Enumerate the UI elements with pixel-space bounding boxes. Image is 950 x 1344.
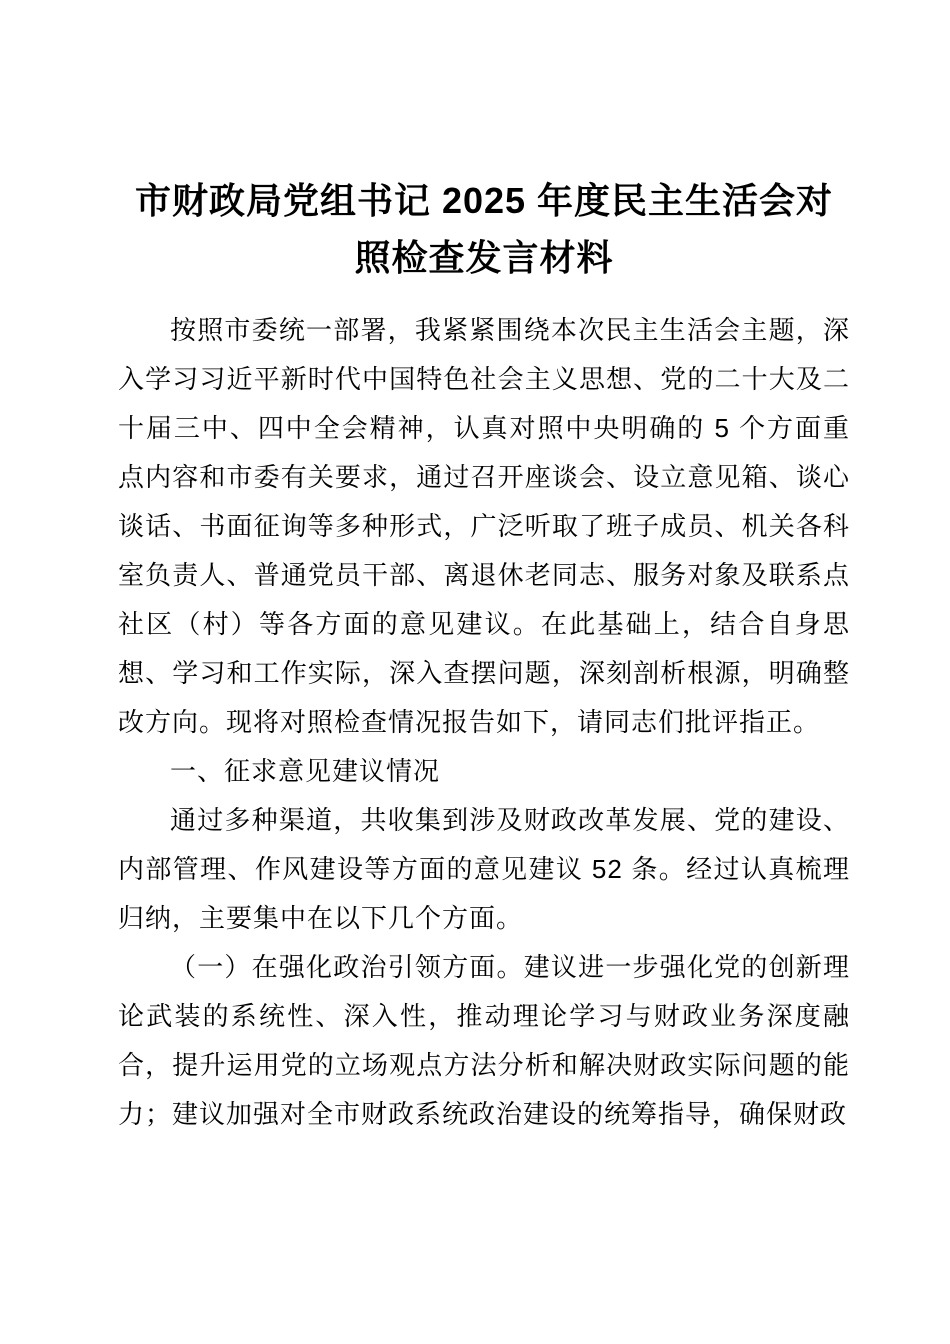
paragraph: 通过多种渠道，共收集到涉及财政改革发展、党的建设、内部管理、作风建设等方面的意见… xyxy=(118,796,850,943)
section-heading: 一、征求意见建议情况 xyxy=(118,747,850,796)
document-body: 按照市委统一部署，我紧紧围绕本次民主生活会主题，深入学习习近平新时代中国特色社会… xyxy=(118,306,850,1139)
document-title: 市财政局党组书记 2025 年度民主生活会对照检查发言材料 xyxy=(118,172,850,286)
paragraph: 按照市委统一部署，我紧紧围绕本次民主生活会主题，深入学习习近平新时代中国特色社会… xyxy=(118,306,850,747)
document-page: 市财政局党组书记 2025 年度民主生活会对照检查发言材料 按照市委统一部署，我… xyxy=(0,0,950,1344)
paragraph: （一）在强化政治引领方面。建议进一步强化党的创新理论武装的系统性、深入性，推动理… xyxy=(118,943,850,1139)
